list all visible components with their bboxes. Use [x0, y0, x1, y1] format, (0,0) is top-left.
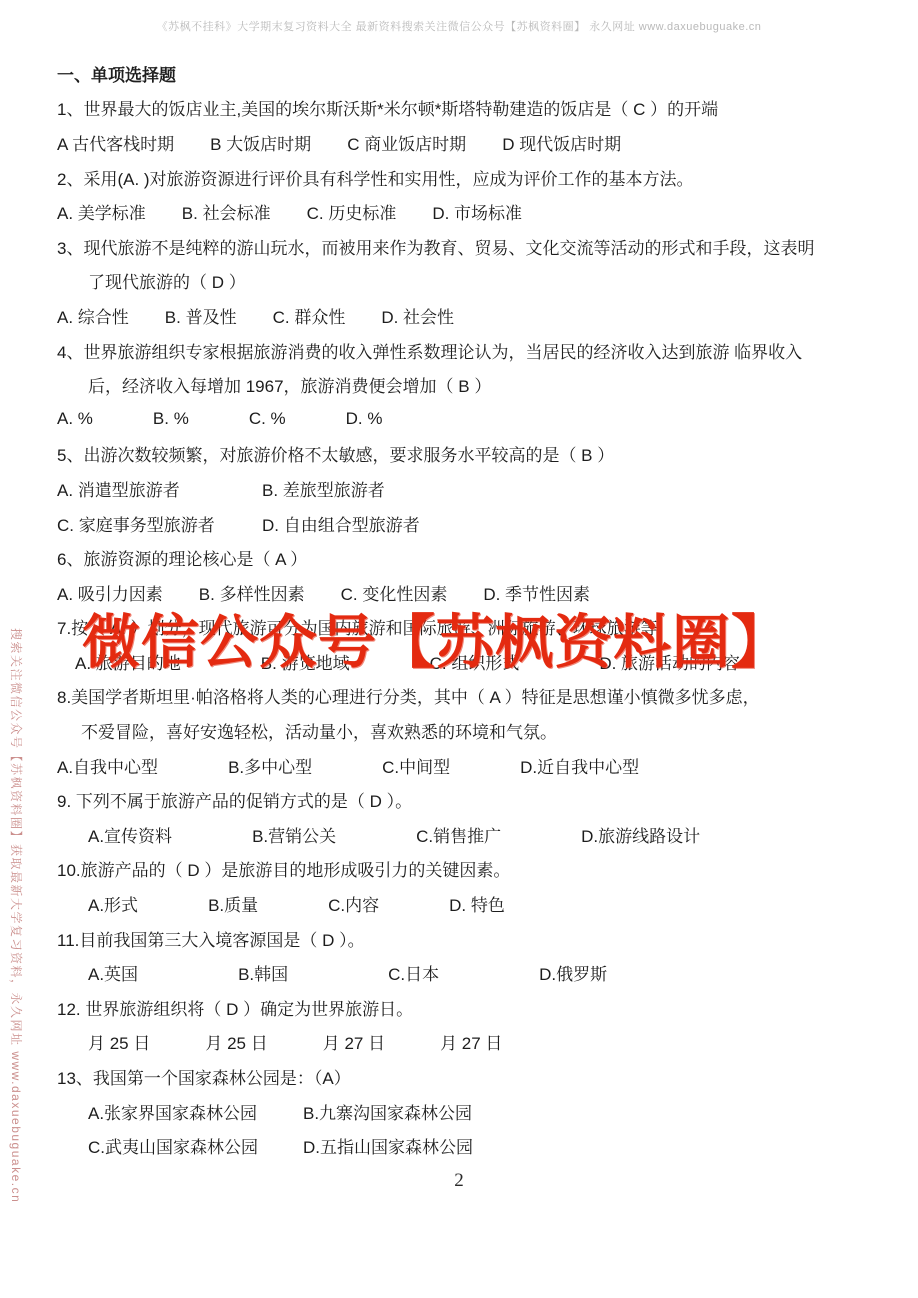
option-c: 月 27 日 — [323, 1029, 385, 1054]
option-c: C. 群众性 — [273, 303, 346, 328]
question-11-stem: 11.目前我国第三大入境客源国是（ D ）。 — [57, 921, 868, 956]
option-c: C. 家庭事务型旅游者 — [57, 511, 262, 536]
question-13-stem: 13、我国第一个国家森林公园是：（A） — [57, 1059, 868, 1094]
option-b: B.多中心型 — [228, 753, 312, 778]
question-5-options-row1: A. 消遣型旅游者 B. 差旅型旅游者 — [57, 471, 868, 506]
option-c: C. % — [249, 409, 286, 429]
option-b: B. 普及性 — [165, 303, 237, 328]
option-a: A.英国 — [88, 960, 138, 985]
center-red-watermark: 微信公众号【苏枫资料圈】 — [82, 595, 842, 679]
option-d: D. 市场标准 — [432, 199, 522, 224]
question-3-options: A. 综合性 B. 普及性 C. 群众性 D. 社会性 — [57, 298, 868, 333]
question-1-stem: 1、世界最大的饭店业主,美国的埃尔斯沃斯*米尔顿*斯塔特勒建造的饭店是（ C ）… — [57, 91, 868, 126]
question-13-options-row1: A.张家界国家森林公园 B.九寨沟国家森林公园 — [57, 1094, 868, 1129]
header-watermark-text: 《苏枫不挂科》大学期末复习资料大全 最新资料搜索关注微信公众号【苏枫资料圈】 永… — [0, 18, 918, 34]
option-a: A.自我中心型 — [57, 753, 158, 778]
option-b: B. 差旅型旅游者 — [262, 476, 467, 501]
option-c: C.内容 — [328, 891, 379, 916]
page-number: 2 — [0, 1170, 918, 1192]
option-c: C 商业饭店时期 — [347, 130, 466, 155]
question-4-stem: 4、世界旅游组织专家根据旅游消费的收入弹性系数理论认为，当居民的经济收入达到旅游… — [57, 333, 868, 368]
question-8-options: A.自我中心型 B.多中心型 C.中间型 D.近自我中心型 — [57, 748, 868, 783]
question-3-stem-cont: 了现代旅游的（ D ） — [57, 264, 868, 299]
option-d: D.近自我中心型 — [520, 753, 639, 778]
question-12-stem: 12. 世界旅游组织将（ D ）确定为世界旅游日。 — [57, 990, 868, 1025]
option-b: B.韩国 — [238, 960, 288, 985]
question-9-stem: 9. 下列不属于旅游产品的促销方式的是（ D ）。 — [57, 782, 868, 817]
question-2-stem: 2、采用(A. )对旅游资源进行评价具有科学性和实用性，应成为评价工作的基本方法… — [57, 160, 868, 195]
left-vertical-watermark: 搜索关注微信公众号【苏枫资料圈】获取最新大学复习资料，永久网址 www.daxu… — [8, 628, 25, 1203]
question-5-stem: 5、出游次数较频繁，对旅游价格不太敏感，要求服务水平较高的是（ B ） — [57, 437, 868, 472]
option-d: 月 27 日 — [440, 1029, 502, 1054]
question-1-options: A 古代客栈时期 B 大饭店时期 C 商业饭店时期 D 现代饭店时期 — [57, 125, 868, 160]
option-b: B.九寨沟国家森林公园 — [303, 1099, 518, 1124]
option-b: B. 社会标准 — [182, 199, 271, 224]
option-c: C.中间型 — [382, 753, 450, 778]
option-a: A. % — [57, 409, 93, 429]
question-8-stem: 8.美国学者斯坦里·帕洛格将人类的心理进行分类，其中（ A ）特征是思想谨小慎微… — [57, 679, 868, 714]
question-10-options: A.形式 B.质量 C.内容 D. 特色 — [57, 886, 868, 921]
option-d: D.五指山国家森林公园 — [303, 1133, 518, 1158]
question-8-stem-cont: 不爱冒险，喜好安逸轻松，活动量小，喜欢熟悉的环境和气氛。 — [57, 713, 868, 748]
question-11-options: A.英国 B.韩国 C.日本 D.俄罗斯 — [57, 955, 868, 990]
option-d: D. % — [346, 409, 383, 429]
option-a: A.宣传资料 — [88, 822, 172, 847]
option-d: D. 特色 — [449, 891, 505, 916]
option-d: D.旅游线路设计 — [581, 822, 700, 847]
question-12-options: 月 25 日 月 25 日 月 27 日 月 27 日 — [57, 1025, 868, 1060]
option-a: 月 25 日 — [88, 1029, 150, 1054]
option-a: A 古代客栈时期 — [57, 130, 174, 155]
question-5-options-row2: C. 家庭事务型旅游者 D. 自由组合型旅游者 — [57, 506, 868, 541]
option-a: A. 美学标准 — [57, 199, 146, 224]
option-c: C.日本 — [388, 960, 439, 985]
question-4-stem-cont: 后，经济收入每增加 1967，旅游消费便会增加（ B ） — [57, 367, 868, 402]
question-13-options-row2: C.武夷山国家森林公园 D.五指山国家森林公园 — [57, 1128, 868, 1163]
option-b: B 大饭店时期 — [210, 130, 311, 155]
question-2-options: A. 美学标准 B. 社会标准 C. 历史标准 D. 市场标准 — [57, 194, 868, 229]
option-b: B.营销公关 — [252, 822, 336, 847]
option-b: B.质量 — [208, 891, 258, 916]
question-9-options: A.宣传资料 B.营销公关 C.销售推广 D.旅游线路设计 — [57, 817, 868, 852]
option-d: D 现代饭店时期 — [502, 130, 621, 155]
option-c: C. 历史标准 — [307, 199, 397, 224]
question-6-stem: 6、旅游资源的理论核心是（ A ） — [57, 540, 868, 575]
option-d: D. 社会性 — [381, 303, 454, 328]
option-c: C.武夷山国家森林公园 — [88, 1133, 303, 1158]
option-a: A.形式 — [88, 891, 138, 916]
option-a: A.张家界国家森林公园 — [88, 1099, 303, 1124]
option-d: D.俄罗斯 — [539, 960, 607, 985]
document-page: 《苏枫不挂科》大学期末复习资料大全 最新资料搜索关注微信公众号【苏枫资料圈】 永… — [0, 0, 918, 1298]
option-b: B. % — [153, 409, 189, 429]
option-c: C.销售推广 — [416, 822, 501, 847]
option-a: A. 综合性 — [57, 303, 129, 328]
question-4-options: A. % B. % C. % D. % — [57, 402, 868, 437]
option-a: A. 消遣型旅游者 — [57, 476, 262, 501]
option-b: 月 25 日 — [205, 1029, 267, 1054]
option-d: D. 自由组合型旅游者 — [262, 511, 467, 536]
question-10-stem: 10.旅游产品的（ D ）是旅游目的地形成吸引力的关键因素。 — [57, 852, 868, 887]
section-title: 一、单项选择题 — [57, 56, 868, 91]
question-3-stem: 3、现代旅游不是纯粹的游山玩水，而被用来作为教育、贸易、文化交流等活动的形式和手… — [57, 229, 868, 264]
